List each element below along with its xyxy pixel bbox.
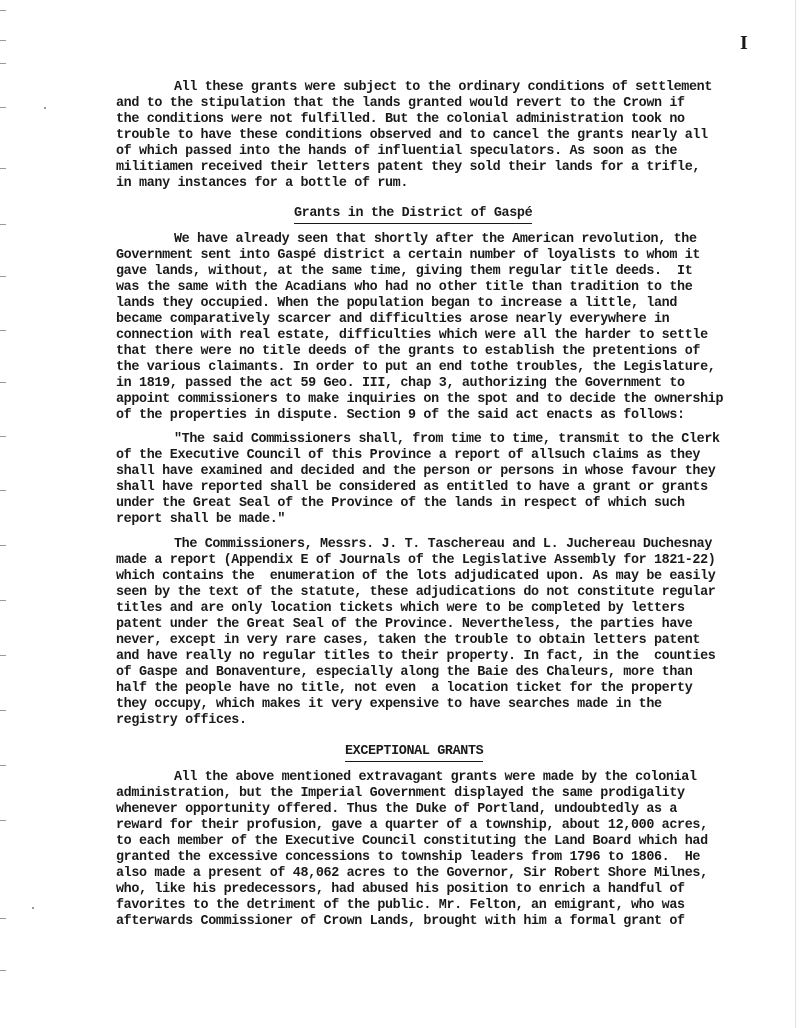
text-line: All these grants were subject to the ord…	[174, 80, 712, 96]
text-line: The Commissioners, Messrs. J. T. Tascher…	[174, 537, 712, 553]
margin-mark	[0, 63, 6, 64]
margin-mark	[0, 710, 6, 711]
margin-mark	[0, 168, 6, 169]
text-line: connection with real estate, difficultie…	[116, 328, 708, 344]
text-line: they occupy, which makes it very expensi…	[116, 697, 662, 713]
text-line: of Gaspe and Bonaventure, especially alo…	[116, 665, 692, 681]
margin-mark	[0, 382, 6, 383]
text-line: We have already seen that shortly after …	[174, 232, 697, 248]
text-line: trouble to have these conditions observe…	[116, 128, 708, 144]
text-line: Government sent into Gaspé district a ce…	[116, 248, 700, 264]
margin-mark	[0, 224, 6, 225]
text-line: in many instances for a bottle of rum.	[116, 176, 408, 192]
margin-mark	[0, 276, 6, 277]
margin-mark	[0, 600, 6, 601]
text-line: titles and are only location tickets whi…	[116, 601, 685, 617]
page-number: I	[740, 32, 748, 55]
text-line: never, except in very rare cases, taken …	[116, 633, 700, 649]
text-line: was the same with the Acadians who had n…	[116, 280, 692, 296]
text-line: made a report (Appendix E of Journals of…	[116, 553, 716, 569]
text-line: of the properties in dispute. Section 9 …	[116, 408, 685, 424]
text-line: shall have reported shall be considered …	[116, 480, 708, 496]
text-line: registry offices.	[116, 713, 247, 729]
text-line: patent under the Great Seal of the Provi…	[116, 617, 692, 633]
margin-mark	[0, 970, 6, 971]
margin-mark	[0, 820, 6, 821]
stray-mark	[44, 107, 46, 109]
text-line: appoint commissioners to make inquiries …	[116, 392, 723, 408]
margin-mark	[0, 107, 6, 108]
text-line: also made a present of 48,062 acres to t…	[116, 866, 708, 882]
text-line: shall have examined and decided and the …	[116, 464, 716, 480]
text-line: granted the excessive concessions to tow…	[116, 850, 700, 866]
text-line: of which passed into the hands of influe…	[116, 144, 677, 160]
text-line: reward for their profusion, gave a quart…	[116, 818, 708, 834]
section-heading-gaspe: Grants in the District of Gaspé	[294, 206, 532, 224]
margin-mark	[0, 545, 6, 546]
page-edge	[795, 0, 796, 1028]
margin-mark	[0, 10, 6, 11]
text-line: gave lands, without, at the same time, g…	[116, 264, 692, 280]
text-line: who, like his predecessors, had abused h…	[116, 882, 685, 898]
text-line: report shall be made."	[116, 512, 285, 528]
text-line: in 1819, passed the act 59 Geo. III, cha…	[116, 376, 685, 392]
margin-mark	[0, 490, 6, 491]
text-line: afterwards Commissioner of Crown Lands, …	[116, 914, 685, 930]
text-line: the conditions were not fulfilled. But t…	[116, 112, 685, 128]
margin-mark	[0, 436, 6, 437]
text-line: lands they occupied. When the population…	[116, 296, 677, 312]
margin-mark	[0, 40, 6, 41]
text-line: of the Executive Council of this Provinc…	[116, 448, 700, 464]
margin-mark	[0, 765, 6, 766]
text-line: seen by the text of the statute, these a…	[116, 585, 716, 601]
margin-mark	[0, 655, 6, 656]
margin-mark	[0, 918, 6, 919]
text-line: militiamen received their letters patent…	[116, 160, 700, 176]
text-line: "The said Commissioners shall, from time…	[174, 432, 720, 448]
text-line: All the above mentioned extravagant gran…	[174, 770, 697, 786]
text-line: which contains the enumeration of the lo…	[116, 569, 716, 585]
document-page: I All these grants were subject to the o…	[0, 0, 800, 1028]
text-line: that there were no title deeds of the gr…	[116, 344, 700, 360]
text-line: favorites to the detriment of the public…	[116, 898, 685, 914]
text-line: became comparatively scarcer and difficu…	[116, 312, 669, 328]
text-line: and to the stipulation that the lands gr…	[116, 96, 685, 112]
text-line: and have really no regular titles to the…	[116, 649, 716, 665]
text-line: half the people have no title, not even …	[116, 681, 692, 697]
text-line: the various claimants. In order to put a…	[116, 360, 716, 376]
section-heading-exceptional-grants: EXCEPTIONAL GRANTS	[345, 744, 483, 762]
text-line: under the Great Seal of the Province of …	[116, 496, 685, 512]
text-line: administration, but the Imperial Governm…	[116, 786, 685, 802]
text-line: to each member of the Executive Council …	[116, 834, 708, 850]
margin-mark	[0, 330, 6, 331]
stray-mark	[32, 907, 34, 909]
text-line: whenever opportunity offered. Thus the D…	[116, 802, 677, 818]
